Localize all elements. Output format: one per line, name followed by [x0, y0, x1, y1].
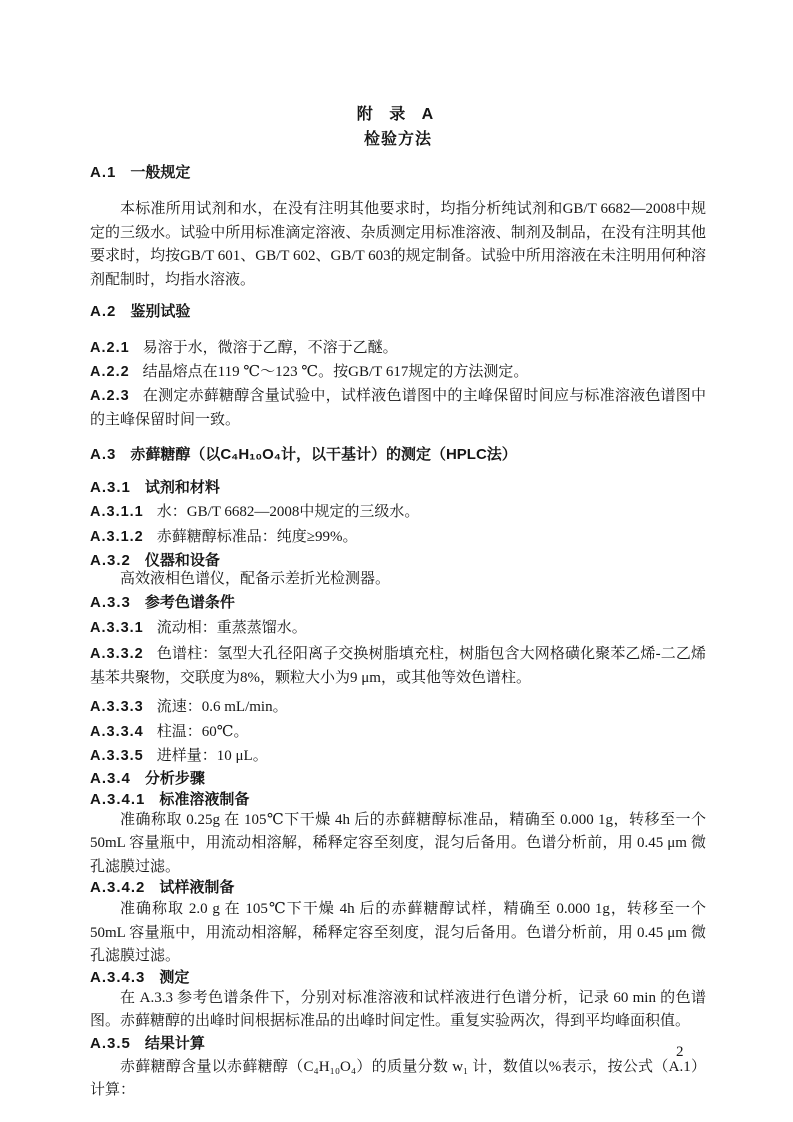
clause-number: A.3.3.2 [90, 646, 144, 662]
clause-number: A.3 [90, 446, 116, 463]
clause-number: A.3.1.2 [90, 529, 144, 545]
appendix-heading: 附 录 A [90, 102, 706, 127]
clause-a2-1: A.2.1易溶于水，微溶于乙醇，不溶于乙醚。 [90, 336, 706, 360]
clause-number: A.3.1 [90, 479, 131, 496]
clause-title: 结果计算 [145, 1035, 205, 1052]
clause-title: 仪器和设备 [145, 552, 220, 569]
clause-a3-3-2: A.3.3.2色谱柱：氢型大孔径阳离子交换树脂填充柱，树脂包含大网格磺化聚苯乙烯… [90, 642, 706, 690]
section-heading-a3: A.3赤藓糖醇（以C₄H₁₀O₄计，以干基计）的测定（HPLC法） [90, 443, 706, 467]
clause-a3-1-1: A.3.1.1水：GB/T 6682—2008中规定的三级水。 [90, 500, 706, 524]
section-heading-a2: A.2鉴别试验 [90, 300, 706, 324]
clause-text: 赤藓糖醇标准品：纯度≥99%。 [157, 529, 358, 545]
section-heading-a3-1: A.3.1试剂和材料 [90, 476, 706, 500]
clause-text: 流速：0.6 mL/min。 [157, 699, 288, 715]
paragraph-result-calculation: 赤藓糖醇含量以赤藓糖醇（C₄H₁₀O₄）的质量分数 w₁ 计，数值以%表示，按公… [90, 1056, 706, 1103]
clause-title: 参考色谱条件 [145, 594, 235, 611]
clause-text: 色谱柱：氢型大孔径阳离子交换树脂填充柱，树脂包含大网格磺化聚苯乙烯-二乙烯基苯共… [90, 646, 706, 686]
section-heading-a3-5: A.3.5结果计算 [90, 1032, 706, 1056]
paragraph-sample-solution: 准确称取 2.0 g 在 105℃下干燥 4h 后的赤藓糖醇试样，精确至 0.0… [90, 898, 706, 969]
clause-number: A.3.3.4 [90, 724, 144, 740]
clause-number: A.3.3 [90, 594, 131, 611]
clause-number: A.3.3.5 [90, 748, 144, 764]
clause-text: 流动相：重蒸蒸馏水。 [157, 620, 307, 636]
clause-number: A.3.5 [90, 1035, 131, 1052]
clause-a3-3-3: A.3.3.3流速：0.6 mL/min。 [90, 695, 706, 719]
section-heading-a3-3: A.3.3参考色谱条件 [90, 591, 706, 615]
clause-number: A.3.3.3 [90, 699, 144, 715]
page-number: 2 [676, 1044, 684, 1061]
document-page: 附 录 A 检验方法 A.1一般规定 本标准所用试剂和水，在没有注明其他要求时，… [0, 0, 793, 1122]
clause-a3-3-1: A.3.3.1流动相：重蒸蒸馏水。 [90, 616, 706, 640]
section-heading-a3-4-2: A.3.4.2试样液制备 [90, 876, 706, 900]
clause-number: A.3.4.2 [90, 879, 145, 896]
paragraph-standard-solution: 准确称取 0.25g 在 105℃下干燥 4h 后的赤藓糖醇标准品，精确至 0.… [90, 809, 706, 880]
clause-a2-2: A.2.2结晶熔点在119 ℃～123 ℃。按GB/T 617规定的方法测定。 [90, 360, 706, 384]
clause-title: 分析步骤 [145, 770, 205, 787]
clause-number: A.3.4.3 [90, 969, 145, 986]
clause-number: A.2.3 [90, 388, 130, 404]
clause-text: 柱温：60℃。 [157, 724, 249, 740]
clause-text: 易溶于水，微溶于乙醇，不溶于乙醚。 [143, 340, 398, 356]
clause-number: A.2.2 [90, 364, 130, 380]
clause-text: 进样量：10 μL。 [157, 748, 268, 764]
paragraph-instrument: 高效液相色谱仪，配备示差折光检测器。 [90, 568, 706, 592]
appendix-subtitle: 检验方法 [90, 127, 706, 152]
clause-title: 标准溶液制备 [159, 791, 249, 808]
clause-text: 水：GB/T 6682—2008中规定的三级水。 [157, 504, 420, 520]
clause-title: 赤藓糖醇（以C₄H₁₀O₄计，以干基计）的测定（HPLC法） [130, 446, 516, 463]
clause-a3-3-5: A.3.3.5进样量：10 μL。 [90, 744, 706, 768]
clause-text: 结晶熔点在119 ℃～123 ℃。按GB/T 617规定的方法测定。 [143, 364, 529, 380]
clause-text: 在测定赤藓糖醇含量试验中，试样液色谱图中的主峰保留时间应与标准溶液色谱图中的主峰… [90, 388, 706, 428]
clause-a3-3-4: A.3.3.4柱温：60℃。 [90, 720, 706, 744]
paragraph-general-rules: 本标准所用试剂和水，在没有注明其他要求时，均指分析纯试剂和GB/T 6682—2… [90, 198, 706, 292]
clause-number: A.1 [90, 164, 116, 181]
clause-number: A.3.1.1 [90, 504, 144, 520]
appendix-content: 附 录 A 检验方法 A.1一般规定 本标准所用试剂和水，在没有注明其他要求时，… [90, 102, 706, 1103]
clause-number: A.2.1 [90, 340, 130, 356]
clause-number: A.3.3.1 [90, 620, 144, 636]
clause-a2-3: A.2.3在测定赤藓糖醇含量试验中，试样液色谱图中的主峰保留时间应与标准溶液色谱… [90, 384, 706, 432]
clause-title: 试样液制备 [159, 879, 234, 896]
paragraph-determination: 在 A.3.3 参考色谱条件下，分别对标准溶液和试样液进行色谱分析，记录 60 … [90, 987, 706, 1034]
clause-title: 一般规定 [130, 164, 190, 181]
clause-number: A.3.4 [90, 770, 131, 787]
clause-number: A.3.4.1 [90, 791, 145, 808]
clause-title: 试剂和材料 [145, 479, 220, 496]
clause-number: A.2 [90, 303, 116, 320]
section-heading-a1: A.1一般规定 [90, 161, 706, 185]
clause-a3-1-2: A.3.1.2赤藓糖醇标准品：纯度≥99%。 [90, 525, 706, 549]
clause-title: 测定 [159, 969, 189, 986]
clause-title: 鉴别试验 [130, 303, 190, 320]
clause-number: A.3.2 [90, 552, 131, 569]
